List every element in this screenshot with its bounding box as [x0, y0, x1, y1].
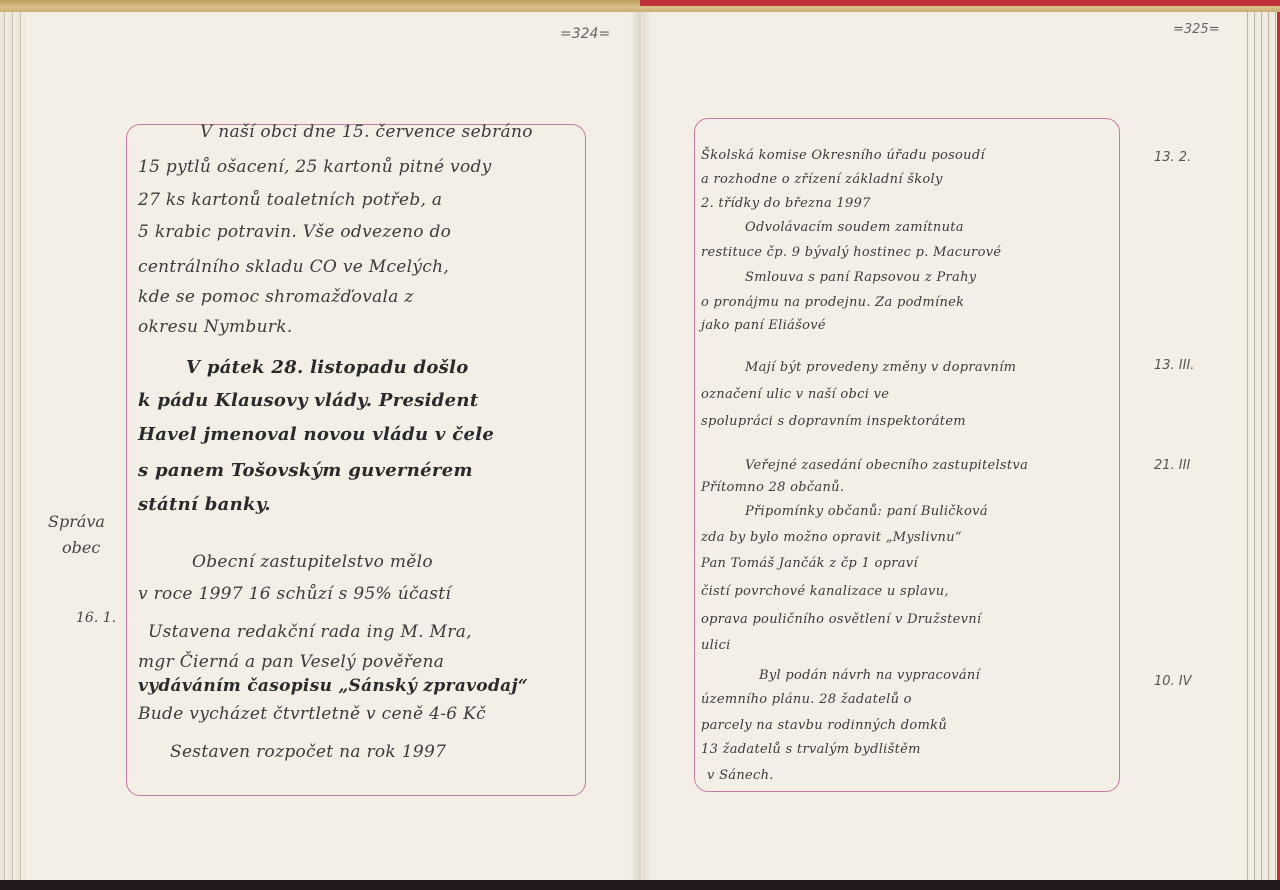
text-line: Havel jmenoval novou vládu v čele: [138, 424, 494, 445]
text-line: restituce čp. 9 bývalý hostinec p. Macur…: [701, 245, 1001, 260]
text-line: vydáváním časopisu „Sánský zpravodaj“: [138, 676, 528, 696]
text-line: Obecní zastupitelstvo mělo: [192, 552, 433, 572]
text-line: spolupráci s dopravním inspektorátem: [701, 414, 966, 429]
text-line: V pátek 28. listopadu došlo: [186, 357, 469, 378]
text-line: 2. třídky do března 1997: [701, 196, 871, 211]
text-line: o pronájmu na prodejnu. Za podmínek: [701, 295, 964, 310]
text-line: centrálního skladu CO ve Mcelých,: [138, 257, 449, 277]
text-line: V naší obci dne 15. července sebráno: [200, 122, 533, 142]
text-line: okresu Nymburk.: [138, 317, 293, 337]
page-number-right: =325=: [1173, 22, 1220, 37]
text-line: a rozhodne o zřízení základní školy: [701, 172, 943, 187]
open-chronicle-book: =324= Správa obec 16. 1. V naší obci dne…: [0, 0, 1280, 890]
text-line: Smlouva s paní Rapsovou z Prahy: [745, 270, 976, 285]
text-line: Odvolávacím soudem zamítnuta: [745, 220, 964, 235]
date-note: 21. III: [1154, 458, 1190, 473]
text-line: územního plánu. 28 žadatelů o: [701, 692, 912, 707]
page-stack-right: [1243, 12, 1280, 880]
book-gutter: [630, 12, 652, 880]
book-bottom-edge: [0, 880, 1280, 890]
bookmark-ribbon: [640, 0, 1280, 6]
date-note: 13. III.: [1154, 358, 1194, 373]
date-note: 13. 2.: [1154, 150, 1191, 165]
text-line: 13 žadatelů s trvalým bydlištěm: [701, 742, 921, 757]
margin-note-obec: obec: [62, 538, 100, 557]
text-line: Bude vycházet čtvrtletně v ceně 4-6 Kč: [138, 704, 486, 724]
text-line: Sestaven rozpočet na rok 1997: [170, 742, 446, 762]
margin-note-sprava: Správa: [48, 512, 105, 531]
text-line: kde se pomoc shromažďovala z: [138, 287, 414, 307]
left-page: =324= Správa obec 16. 1. V naší obci dne…: [0, 12, 641, 880]
text-line: Přítomno 28 občanů.: [701, 480, 844, 495]
page-stack-left: [0, 12, 26, 880]
text-line: označení ulic v naší obci ve: [701, 387, 889, 402]
text-line: čistí povrchové kanalizace u splavu,: [701, 584, 949, 599]
text-line: 5 krabic potravin. Vše odvezeno do: [138, 222, 451, 242]
text-line: státní banky.: [138, 494, 271, 515]
text-line: s panem Tošovským guvernérem: [138, 460, 473, 481]
text-line: Ustavena redakční rada ing M. Mra,: [148, 622, 472, 642]
text-line: Mají být provedeny změny v dopravním: [745, 360, 1016, 375]
text-line: Připomínky občanů: paní Buličková: [745, 504, 988, 519]
text-line: ulici: [701, 638, 731, 653]
text-line: zda by bylo možno opravit „Myslivnu“: [701, 530, 962, 545]
text-line: parcely na stavbu rodinných domků: [701, 718, 947, 733]
text-line: v Sánech.: [707, 768, 774, 783]
date-note: 10. IV: [1154, 674, 1192, 689]
text-line: Veřejné zasedání obecního zastupitelstva: [745, 458, 1028, 473]
text-line: 15 pytlů ošacení, 25 kartonů pitné vody: [138, 157, 492, 177]
right-page: =325= 13. 2. 13. III. 21. III 10. IV Ško…: [641, 12, 1280, 880]
text-line: jako paní Eliášové: [701, 318, 826, 333]
text-line: v roce 1997 16 schůzí s 95% účastí: [138, 584, 451, 604]
text-line: Školská komise Okresního úřadu posoudí: [701, 148, 985, 163]
text-line: oprava pouličního osvětlení v Družstevní: [701, 612, 981, 627]
page-number-left: =324=: [560, 26, 610, 42]
text-line: k pádu Klausovy vlády. President: [138, 390, 478, 411]
text-line: Pan Tomáš Jančák z čp 1 opraví: [701, 556, 918, 571]
text-line: 27 ks kartonů toaletních potřeb, a: [138, 190, 442, 210]
margin-note-date: 16. 1.: [76, 610, 116, 626]
text-line: mgr Čierná a pan Veselý pověřena: [138, 652, 444, 672]
text-line: Byl podán návrh na vypracování: [759, 668, 980, 683]
